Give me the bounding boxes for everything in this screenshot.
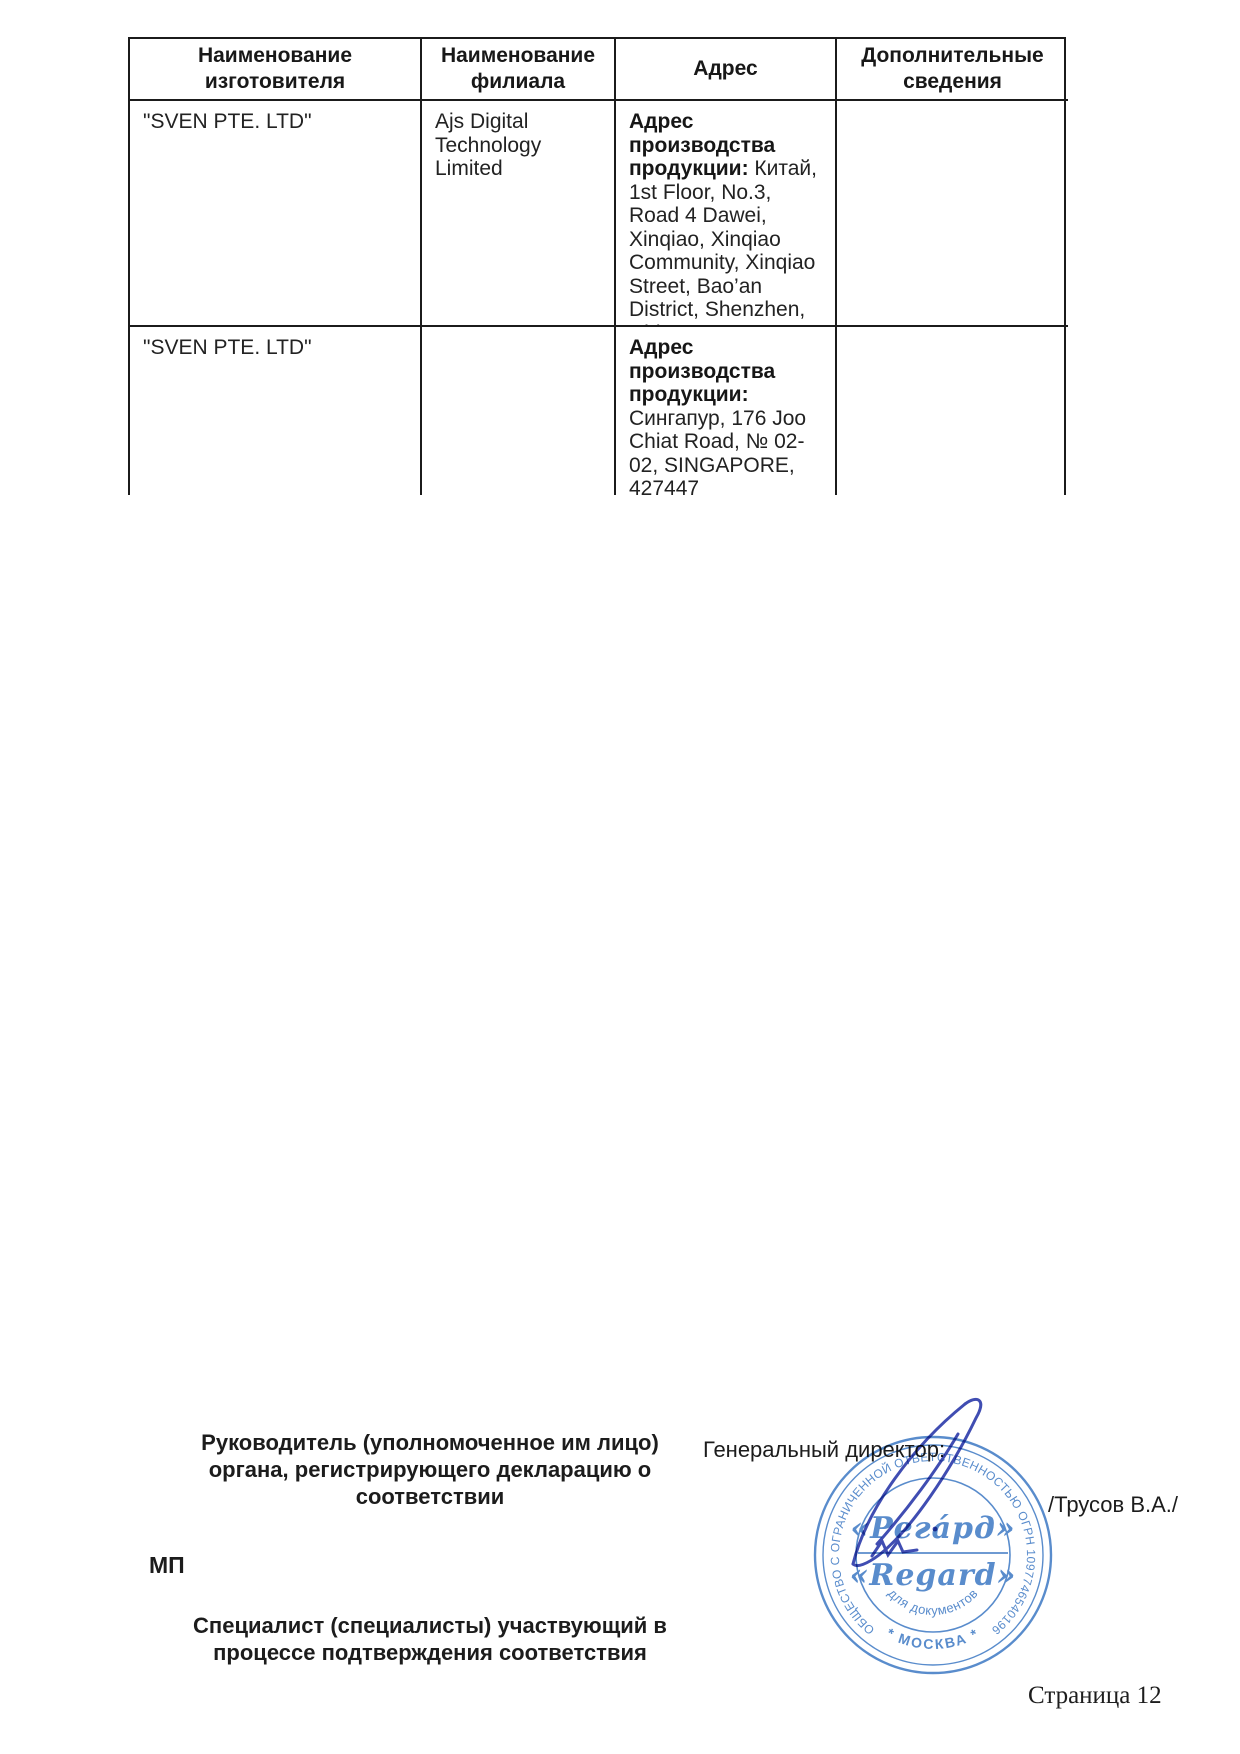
branch-cell bbox=[422, 327, 616, 495]
address-cell: Адрес производства продукции: Китай, 1st… bbox=[616, 101, 837, 327]
signature-dot bbox=[933, 1527, 938, 1532]
specialist-title: Специалист (специалисты) участвующий в п… bbox=[160, 1612, 700, 1666]
director-signature bbox=[815, 1392, 1025, 1592]
extra-cell bbox=[837, 327, 1068, 495]
manufacturers-table: Наименование изготовителя Наименование ф… bbox=[128, 37, 1066, 495]
extra-cell bbox=[837, 101, 1068, 327]
column-header-address: Адрес bbox=[616, 39, 837, 101]
registering-authority-title: Руководитель (уполномоченное им лицо) ор… bbox=[160, 1429, 700, 1510]
column-header-extra: Дополнительные сведения bbox=[837, 39, 1068, 101]
page-number: Страница 12 bbox=[1028, 1682, 1162, 1710]
address-value: Сингапур, 176 Joo Chiat Road, № 02-02, S… bbox=[629, 407, 806, 496]
document-page: { "table": { "headers": [ "Наименование … bbox=[0, 0, 1240, 1754]
stamp-city-text: * МОСКВА * bbox=[884, 1625, 982, 1652]
address-cell: Адрес производства продукции: Сингапур, … bbox=[616, 327, 837, 495]
address-value: Китай, 1st Floor, No.3, Road 4 Dawei, Xi… bbox=[629, 157, 817, 327]
manufacturer-cell: "SVEN PTE. LTD" bbox=[130, 327, 422, 495]
address-label: Адрес производства продукции: bbox=[629, 336, 775, 406]
column-header-branch: Наименование филиала bbox=[422, 39, 616, 101]
branch-cell: Ajs Digital Technology Limited bbox=[422, 101, 616, 327]
column-header-manufacturer: Наименование изготовителя bbox=[130, 39, 422, 101]
manufacturer-cell: "SVEN PTE. LTD" bbox=[130, 101, 422, 327]
stamp-place-label: МП bbox=[149, 1552, 185, 1579]
